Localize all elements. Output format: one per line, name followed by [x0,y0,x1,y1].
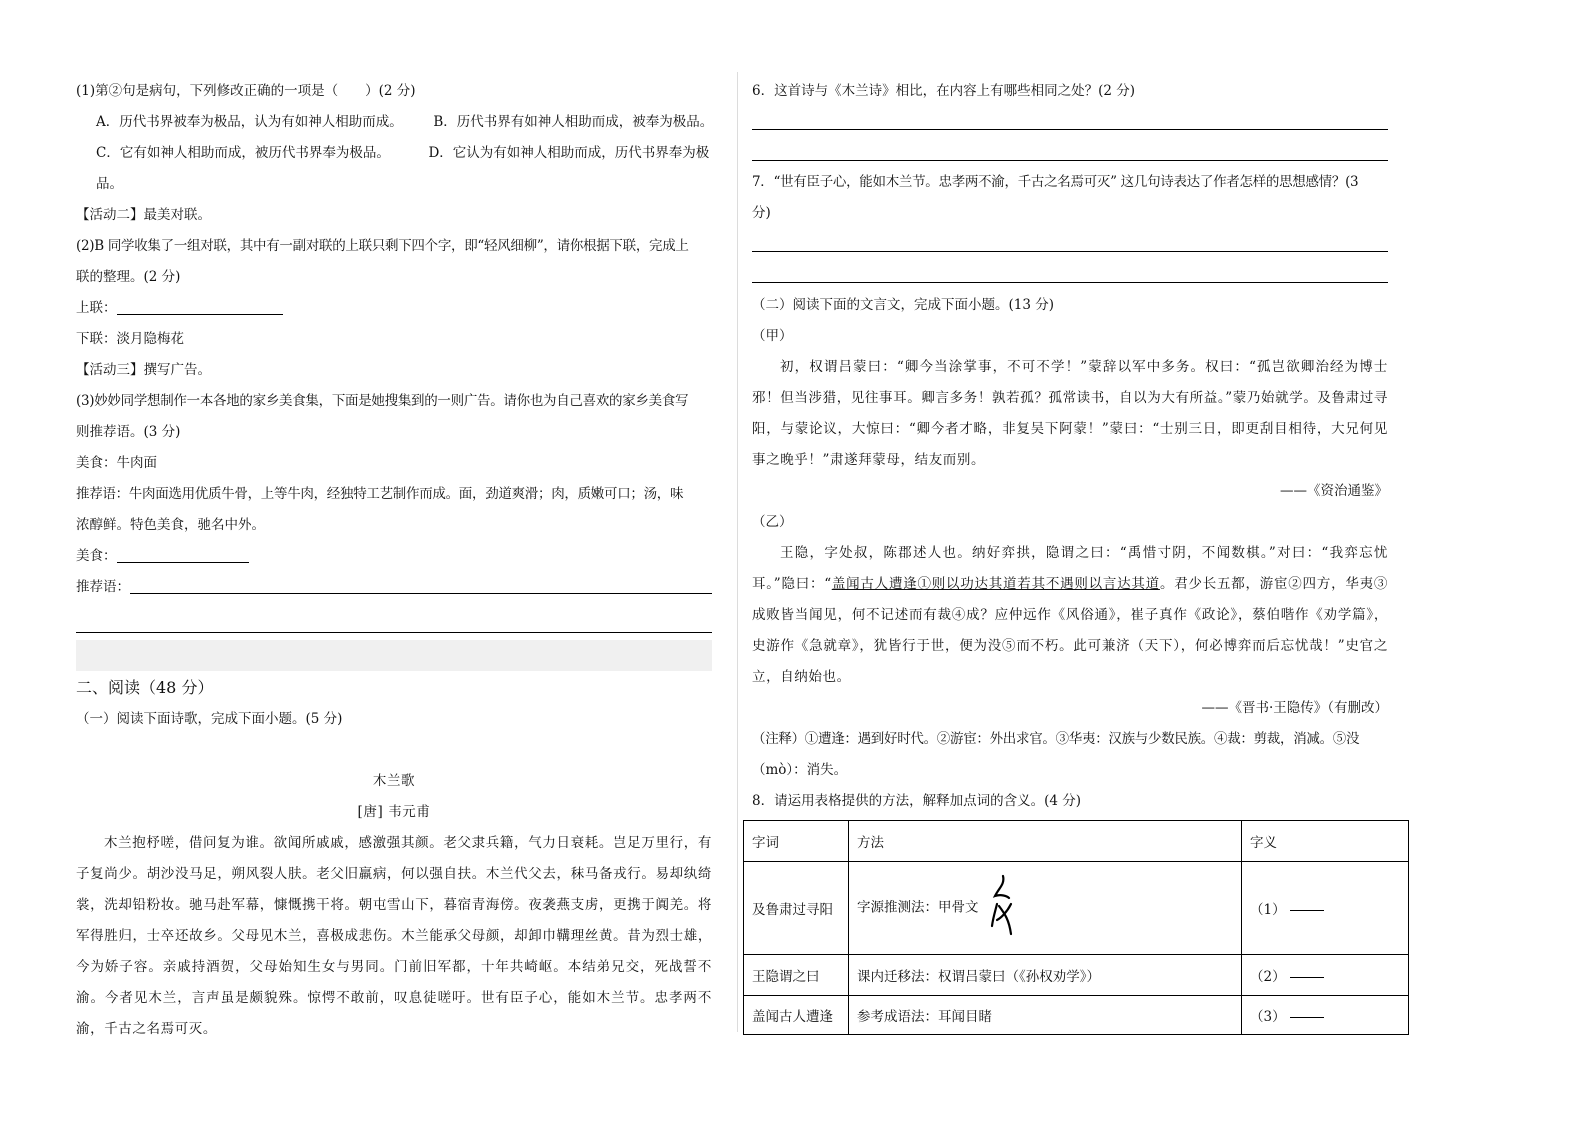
passage-jia-source: ——《资治通鉴》 [752,476,1388,507]
part1-intro: （一）阅读下面诗歌，完成下面小题。(5 分) [76,704,712,735]
q8-header-meaning: 字义 [1242,821,1409,862]
q3-stem-1: (3)妙妙同学想制作一本各地的家乡美食集，下面是她搜集到的一则广告。请你也为自己… [76,386,712,417]
q8-row1-answer-cell: （1） [1242,862,1409,955]
q3-recommend-2: 浓醇鲜。特色美食，驰名中外。 [76,510,712,541]
table-row: 盖闻古人遭逢 参考成语法：耳闻目睹 （3） [744,996,1409,1035]
passage-jia-label: （甲） [752,321,1408,352]
q8-table: 字词 方法 字义 及鲁肃过寻阳 字源推测法：甲骨文 （1） 王隐谓之曰 [743,820,1409,1035]
notes-2: （mò）：消失。 [752,755,1408,786]
q2-upper-blank[interactable] [117,314,283,315]
q8-row2-answer-label: （2） [1250,969,1286,985]
q8-row1-method: 字源推测法：甲骨文 [857,900,979,916]
q1-option-d: D．它认为有如神人相助而成，历代书界奉为极 [428,145,709,161]
q1-option-b: B．历代书界有如神人相助而成，被奉为极品。 [433,114,713,130]
q8-row1-word: 及鲁肃过寻阳 [744,862,849,955]
right-column: 6．这首诗与《木兰诗》相比，在内容上有哪些相同之处？(2 分) 7．“世有臣子心… [752,76,1408,1035]
q8-row3-answer-cell: （3） [1242,996,1409,1035]
q3-food-label: 美食： [76,548,117,564]
passage-yi-underlined: 盖闻古人遭逢①则以功达其道若其不遇则以言达其道 [832,576,1160,592]
table-row: 及鲁肃过寻阳 字源推测法：甲骨文 （1） [744,862,1409,955]
q6-stem: 6．这首诗与《木兰诗》相比，在内容上有哪些相同之处？(2 分) [752,76,1408,107]
left-column: (1)第②句是病句，下列修改正确的一项是（ ）(2 分) A．历代书界被奉为极品… [76,76,712,1045]
q8-row1-method-cell: 字源推测法：甲骨文 [849,862,1242,955]
q3-recommend-blank[interactable] [130,572,712,594]
passage-yi-text-b: 。君少长五都，游宦②四方，华夷③成败皆当闻见，何不记述而有裁④成？应仲远作《风俗… [752,576,1388,685]
passage-yi-source: ——《晋书·王隐传》（有删改） [752,693,1388,724]
q8-table-header: 字词 方法 字义 [744,821,1409,862]
q8-header-method: 方法 [849,821,1242,862]
passage-yi-label: （乙） [752,507,1408,538]
oracle-bone-ji-icon [989,874,1019,942]
q3-food-example: 美食：牛肉面 [76,448,712,479]
q3-stem-2: 则推荐语。(3 分) [76,417,712,448]
activity2-heading: 【活动二】最美对联。 [76,200,712,231]
q2-upper-label: 上联： [76,300,117,316]
q8-row2-answer-blank[interactable] [1290,977,1324,978]
q2-stem-1: (2)B 同学收集了一组对联，其中有一副对联的上联只剩下四个字，即“轻风细柳”，… [76,231,712,262]
q6-answer-line-1[interactable] [752,107,1388,130]
q1-option-c: C．它有如神人相助而成，被历代书界奉为极品。 [96,145,390,161]
q1-stem: (1)第②句是病句，下列修改正确的一项是（ ）(2 分) [76,76,712,107]
q8-header-word: 字词 [744,821,849,862]
q1-option-d-cont: 品。 [76,169,712,200]
q8-row3-answer-label: （3） [1250,1009,1286,1025]
poem-author: [唐] 韦元甫 [76,797,712,828]
q3-food-blank[interactable] [117,562,249,563]
q1-option-a: A．历代书界被奉为极品，认为有如神人相助而成。 [96,114,403,130]
q8-row3-word: 盖闻古人遭逢 [744,996,849,1035]
q1-options-ab: A．历代书界被奉为极品，认为有如神人相助而成。 B．历代书界有如神人相助而成，被… [76,107,712,138]
activity3-heading: 【活动三】撰写广告。 [76,355,712,386]
table-row: 王隐谓之曰 课内迁移法：权谓吕蒙曰（《孙权劝学》） （2） [744,955,1409,996]
q3-answer-line[interactable] [76,603,712,633]
poem-text: 木兰抱杼嗟，借问复为谁。欲闻所戚戚，感激强其颜。老父隶兵籍，气力日衰耗。岂足万里… [76,828,712,1045]
q7-stem-2: 分) [752,198,1408,229]
q8-row2-answer-cell: （2） [1242,955,1409,996]
notes-1: （注释）①遭逢：遇到好时代。②游宦：外出求官。③华夷：汉族与少数民族。④裁：剪裁… [752,724,1408,755]
q8-row3-answer-blank[interactable] [1290,1017,1324,1018]
q8-stem: 8．请运用表格提供的方法，解释加点词的含义。(4 分) [752,786,1408,817]
poem-title: 木兰歌 [76,766,712,797]
poem-body: 木兰抱杼嗟，借问复为谁。欲闻所戚戚，感激强其颜。老父隶兵籍，气力日衰耗。岂足万里… [76,828,712,1045]
q7-stem-1: 7．“世有臣子心，能如木兰节。忠孝两不渝，千古之名焉可灭” 这几句诗表达了作者怎… [752,167,1408,198]
part2-intro: （二）阅读下面的文言文，完成下面小题。(13 分) [752,290,1408,321]
q7-answer-line-2[interactable] [752,252,1388,283]
q8-row3-method: 参考成语法：耳闻目睹 [849,996,1242,1035]
passage-jia: 初，权谓吕蒙曰：“卿今当涂掌事，不可不学！”蒙辞以军中多务。权曰：“孤岂欲卿治经… [752,352,1388,476]
q1-options-cd: C．它有如神人相助而成，被历代书界奉为极品。 D．它认为有如神人相助而成，历代书… [76,138,712,169]
q8-row1-answer-blank[interactable] [1290,910,1324,911]
q2-lower: 下联：淡月隐梅花 [76,324,712,355]
q3-recommend-label: 推荐语： [76,572,130,603]
passage-yi-text: 王隐，字处叔，陈郡述人也。纳好弈拱，隐谓之曰：“禹惜寸阴，不闻数棋。”对曰：“我… [752,538,1388,693]
q8-row1-answer-label: （1） [1250,902,1286,918]
section-separator-bar [76,640,712,671]
q7-answer-line-1[interactable] [752,229,1388,252]
passage-yi: 王隐，字处叔，陈郡述人也。纳好弈拱，隐谓之曰：“禹惜寸阴，不闻数棋。”对曰：“我… [752,538,1388,693]
q2-stem-2: 联的整理。(2 分) [76,262,712,293]
q2-upper-row: 上联： [76,293,712,324]
section2-title: 二、阅读（48 分） [76,672,712,704]
q3-food-row: 美食： [76,541,712,572]
column-divider [737,72,738,1032]
q8-row2-method: 课内迁移法：权谓吕蒙曰（《孙权劝学》） [849,955,1242,996]
passage-jia-text: 初，权谓吕蒙曰：“卿今当涂掌事，不可不学！”蒙辞以军中多务。权曰：“孤岂欲卿治经… [752,352,1388,476]
q6-answer-line-2[interactable] [752,130,1388,161]
q3-recommend-row: 推荐语： [76,572,712,603]
q3-recommend-1: 推荐语：牛肉面选用优质牛骨，上等牛肉，经独特工艺制作而成。面，劲道爽滑；肉，质嫩… [76,479,712,510]
q8-row2-word: 王隐谓之曰 [744,955,849,996]
